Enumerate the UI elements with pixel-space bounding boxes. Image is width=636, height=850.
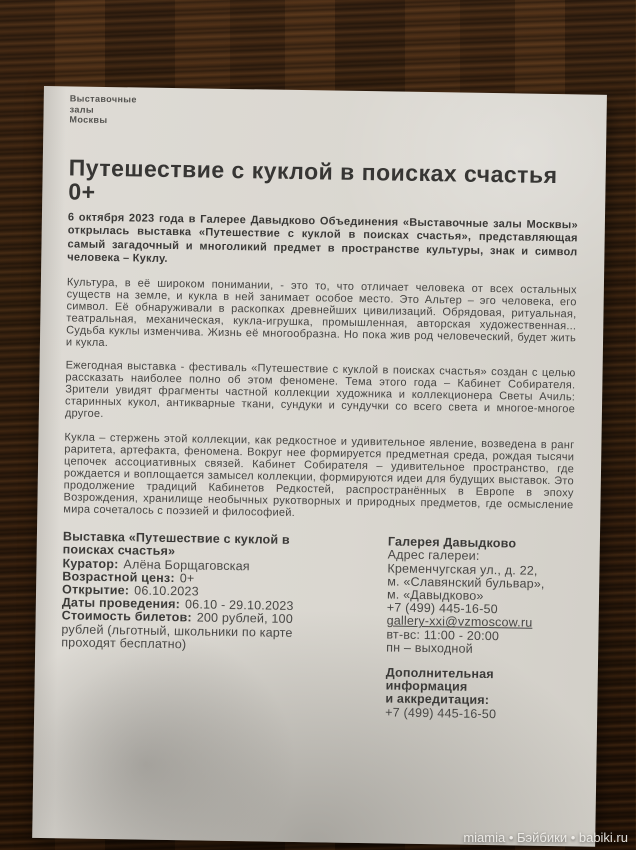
body-paragraph-2: Ежегодная выставка - фестиваль «Путешест… (65, 359, 576, 427)
watermark-credit: miamia • Бэйбики • babiki.ru (463, 830, 628, 845)
gallery-info: Галерея Давыдково Адрес галереи: Кременч… (385, 536, 573, 723)
detail-row-ticket-price: Стоимость билетов:200 рублей, 100 рублей… (61, 610, 332, 654)
body-paragraph-1: Культура, в её широком понимании, - это … (66, 276, 577, 357)
vz-moscow-logo: Выставочные залы Москвы (69, 93, 579, 133)
footer-columns: Выставка «Путешествие с куклой в поисках… (60, 531, 573, 723)
press-release-page: Выставочные залы Москвы Путешествие с ку… (32, 86, 607, 847)
exhibition-details: Выставка «Путешествие с куклой в поисках… (60, 531, 388, 720)
accreditation-phone: +7 (499) 445-16-50 (385, 706, 570, 722)
lead-paragraph: 6 октября 2023 года в Галерее Давыдково … (67, 211, 578, 273)
photo-wooden-table-background: Выставочные залы Москвы Путешествие с ку… (0, 0, 636, 850)
body-paragraph-3: Кукла – стержень этой коллекции, как ред… (63, 431, 574, 524)
detail-value: 0+ (180, 571, 195, 585)
